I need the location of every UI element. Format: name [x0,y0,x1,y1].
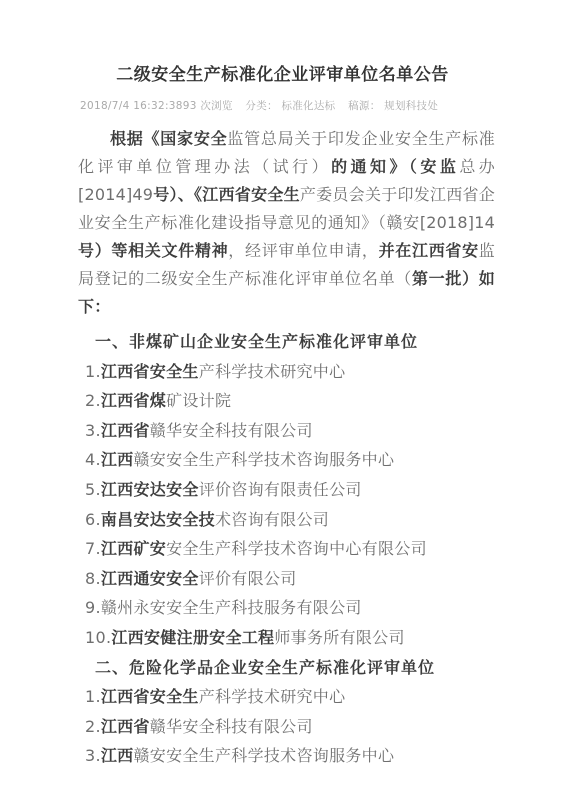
intro-text-segment: 根据《国家安全 [110,129,227,148]
list-item: 5.江西安达安全评价咨询有限责任公司 [78,475,495,505]
meta-category-label: 分类： [245,100,277,112]
item-text-segment: 赣华安全科技有限公司 [150,421,313,440]
item-text-segment: 赣安安全生产科学技术咨询服务中心 [133,746,394,765]
item-number: 2. [85,717,101,736]
item-text-segment: 江西通安安全 [101,569,199,588]
intro-text-segment: 号）等相关文件精神 [78,241,228,260]
item-text-segment: 产科学技术研究中心 [199,362,346,381]
item-number: 7. [85,539,101,558]
item-text-segment: 江西 [101,746,134,765]
page-title: 二级安全生产标准化企业评审单位名单公告 [0,0,565,88]
meta-source-value: 规划科技处 [384,100,438,112]
item-text-segment: 江西安达安全 [101,480,199,499]
list-item: 3.江西省赣华安全科技有限公司 [78,416,495,446]
sections-container: 一、非煤矿山企业安全生产标准化评审单位1.江西省安全生产科学技术研究中心2.江西… [78,327,495,771]
section-heading: 二、危险化学品企业安全生产标准化评审单位 [78,653,495,683]
item-text-segment: 师事务所有限公司 [274,628,404,647]
item-number: 4. [85,450,101,469]
item-number: 5. [85,480,101,499]
list-item: 4.江西赣安安全生产科学技术咨询服务中心 [78,445,495,475]
item-text-segment: 江西矿安 [101,539,166,558]
list-item: 9.赣州永安安全生产科技服务有限公司 [78,593,495,623]
item-number: 3. [85,421,101,440]
item-text-segment: 评价有限公司 [199,569,297,588]
item-text-segment: 矿设计院 [166,391,231,410]
item-text-segment: 江西省 [101,717,150,736]
item-text-segment: 江西安健注册安全工程 [111,628,274,647]
intro-paragraph: 根据《国家安全监管总局关于印发企业安全生产标准化评审单位管理办法（试行）的通知》… [78,125,495,321]
list-item: 2.江西省赣华安全科技有限公司 [78,712,495,742]
item-text-segment: 赣安安全生产科学技术咨询服务中心 [133,450,394,469]
section-heading: 一、非煤矿山企业安全生产标准化评审单位 [78,327,495,357]
meta-source-label: 稿源： [348,100,380,112]
document-page: 二级安全生产标准化企业评审单位名单公告 2018/7/4 16:32:3893 … [0,0,565,800]
item-text-segment: 江西省煤 [101,391,166,410]
item-number: 2. [85,391,101,410]
item-number: 3. [85,746,101,765]
intro-text-segment: ，经评审单位申请， [228,241,378,260]
meta-datetime-views: 2018/7/4 16:32:3893 次浏览 [80,100,233,112]
item-number: 1. [85,362,101,381]
item-text-segment: 江西省安全生 [101,362,199,381]
list-item: 3.江西赣安安全生产科学技术咨询服务中心 [78,741,495,771]
item-text-segment: 术咨询有限公司 [215,510,329,529]
item-number: 1. [85,687,101,706]
list-item: 7.江西矿安安全生产科学技术咨询中心有限公司 [78,534,495,564]
item-text-segment: 安全生产科学技术咨询中心有限公司 [166,539,427,558]
item-number: 6. [85,510,101,529]
item-text-segment: 赣华安全科技有限公司 [150,717,313,736]
list-item: 8.江西通安安全评价有限公司 [78,564,495,594]
intro-text-segment: 并在江西省安 [379,241,479,260]
meta-category-value: 标准化达标 [281,100,335,112]
item-text-segment: 南昌安达安全技 [101,510,215,529]
item-text-segment: 评价咨询有限责任公司 [199,480,362,499]
item-text-segment: 江西 [101,450,134,469]
item-number: 10. [85,628,111,647]
intro-text-segment: 号）、《江西省安全生 [153,185,300,204]
list-item: 1.江西省安全生产科学技术研究中心 [78,357,495,387]
intro-text-segment: 的通知》（安监 [331,157,459,176]
list-item: 6.南昌安达安全技术咨询有限公司 [78,505,495,535]
list-item: 10.江西安健注册安全工程师事务所有限公司 [78,623,495,653]
meta-line: 2018/7/4 16:32:3893 次浏览 分类： 标准化达标 稿源： 规划… [80,99,505,113]
item-text-segment: 江西省安全生 [101,687,199,706]
item-number: 8. [85,569,101,588]
item-text-segment: 赣州永安安全生产科技服务有限公司 [101,598,362,617]
item-text-segment: 江西省 [101,421,150,440]
item-text-segment: 产科学技术研究中心 [199,687,346,706]
list-item: 2.江西省煤矿设计院 [78,386,495,416]
list-item: 1.江西省安全生产科学技术研究中心 [78,682,495,712]
document-content: 根据《国家安全监管总局关于印发企业安全生产标准化评审单位管理办法（试行）的通知》… [78,125,495,771]
item-number: 9. [85,598,101,617]
